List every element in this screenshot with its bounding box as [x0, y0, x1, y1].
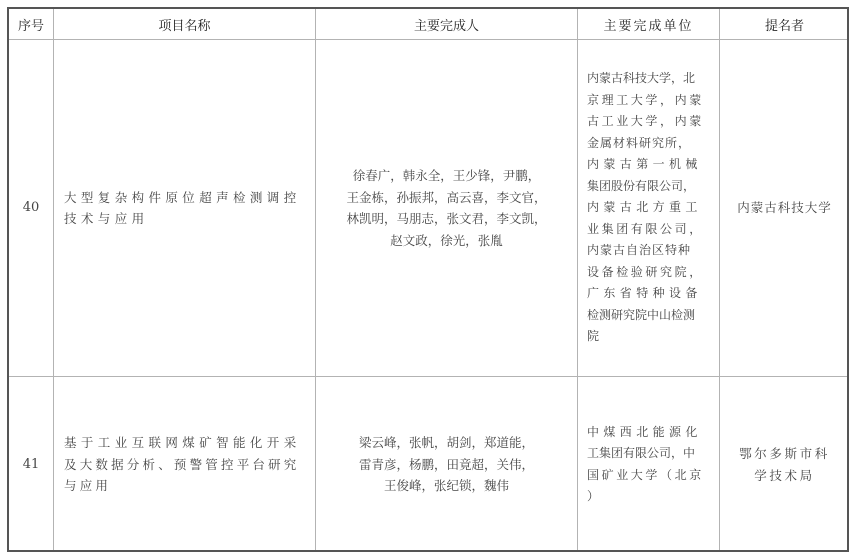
contributors-line: 赵文政，徐光，张胤 [346, 230, 546, 252]
contributors-line: 王俊峰，张纪锁，魏伟 [359, 475, 534, 497]
nominator-line: 内蒙古科技大学 [737, 197, 832, 219]
contributors-line: 梁云峰，张帆，胡剑，郑道能， [359, 432, 534, 454]
units-cell: 中煤西北能源化 工集团有限公司，中 国矿业大学（北京 ） [587, 377, 719, 552]
nominator-line: 学技术局 [739, 465, 830, 487]
project-name-cell: 基于工业互联网煤矿智能化开采 及大数据分析、预警管控平台研究 与应用 [64, 377, 315, 552]
units-line: 古工业大学，内蒙 [587, 111, 704, 133]
units-line: 工集团有限公司，中 [587, 443, 704, 465]
units-line: 内蒙古北方重工 [587, 197, 704, 219]
nominator-cell: 鄂尔多斯市科 学技术局 [720, 377, 849, 552]
project-name-line: 技术与应用 [64, 208, 301, 230]
units-line: 内蒙古科技大学，北 [587, 68, 704, 90]
units-line: 业集团有限公司， [587, 219, 704, 241]
column-divider [577, 9, 578, 550]
header-nominator: 提名者 [720, 9, 849, 39]
header-index: 序号 [9, 9, 53, 39]
units-cell: 内蒙古科技大学，北 京理工大学，内蒙 古工业大学，内蒙 金属材料研究所， 内蒙古… [587, 40, 719, 376]
project-name-cell: 大型复杂构件原位超声检测调控 技术与应用 [64, 40, 315, 376]
award-table: 序号 项目名称 主要完成人 主要完成单位 提名者 40 大型复杂构件原位超声检测… [7, 7, 849, 552]
contributors-line: 徐春广，韩永全，王少锋，尹鹏， [346, 165, 546, 187]
units-line: 院 [587, 326, 704, 348]
header-main-units: 主要完成单位 [578, 9, 719, 39]
project-name-line: 基于工业互联网煤矿智能化开采 [64, 432, 301, 454]
nominator-cell: 内蒙古科技大学 [720, 40, 849, 376]
row-index: 41 [9, 377, 53, 552]
units-line: ） [587, 486, 704, 508]
contributors-cell: 梁云峰，张帆，胡剑，郑道能， 雷青彦，杨鹏，田竟超，关伟， 王俊峰，张纪锁，魏伟 [316, 377, 577, 552]
units-line: 国矿业大学（北京 [587, 465, 704, 487]
units-line: 设备检验研究院， [587, 262, 704, 284]
project-name-line: 及大数据分析、预警管控平台研究 [64, 454, 301, 476]
units-line: 集团股份有限公司， [587, 176, 704, 198]
project-name-line: 大型复杂构件原位超声检测调控 [64, 187, 301, 209]
contributors-line: 林凯明，马朋志，张文君，李文凯， [346, 208, 546, 230]
header-project-name: 项目名称 [54, 9, 315, 39]
header-main-contributors: 主要完成人 [316, 9, 577, 39]
nominator-line: 鄂尔多斯市科 [739, 443, 830, 465]
column-divider [53, 9, 54, 550]
row-index: 40 [9, 40, 53, 376]
contributors-cell: 徐春广，韩永全，王少锋，尹鹏， 王金栋，孙振邦，高云喜，李文官， 林凯明，马朋志… [316, 40, 577, 376]
units-line: 广东省特种设备 [587, 283, 704, 305]
units-line: 内蒙古第一机械 [587, 154, 704, 176]
units-line: 金属材料研究所， [587, 133, 704, 155]
units-line: 内蒙古自治区特种 [587, 240, 704, 262]
contributors-line: 王金栋，孙振邦，高云喜，李文官， [346, 187, 546, 209]
contributors-line: 雷青彦，杨鹏，田竟超，关伟， [359, 454, 534, 476]
units-line: 检测研究院中山检测 [587, 305, 704, 327]
units-line: 中煤西北能源化 [587, 422, 704, 444]
project-name-line: 与应用 [64, 475, 301, 497]
units-line: 京理工大学，内蒙 [587, 90, 704, 112]
